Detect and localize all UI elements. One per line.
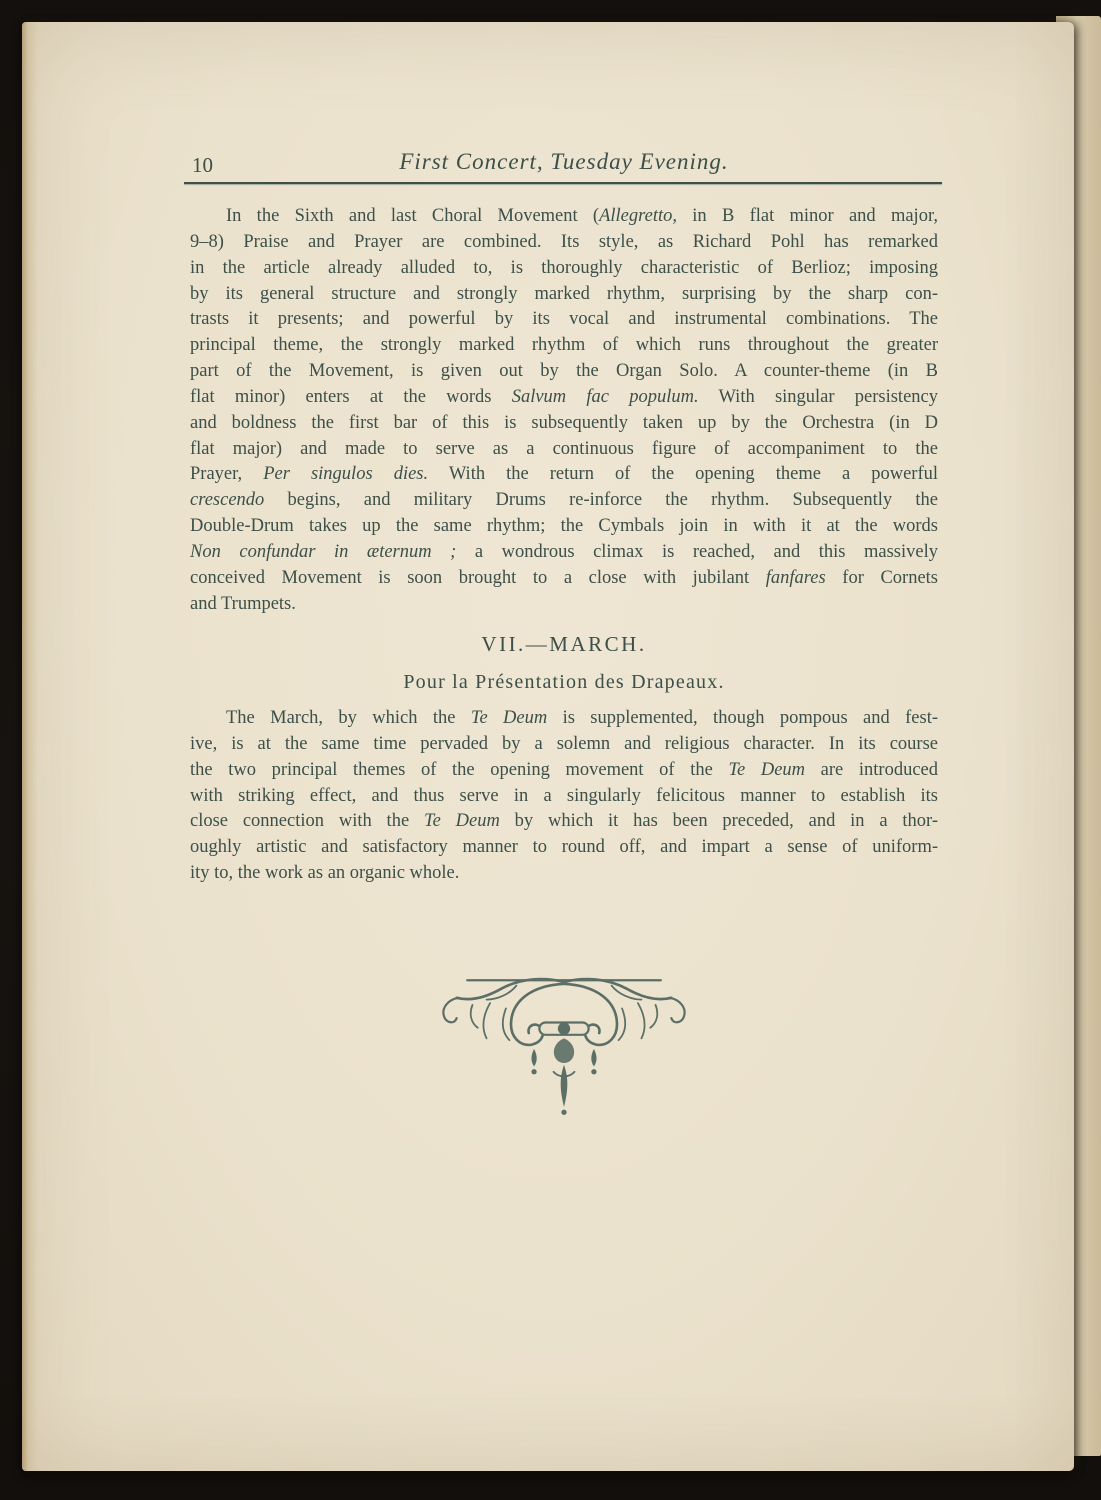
text-line: Prayer, Per singulos dies. With the retu… <box>190 462 938 488</box>
section-subheading: Pour la Présentation des Drapeaux. <box>190 671 938 694</box>
section-heading: VII.—MARCH. <box>190 632 938 657</box>
paragraph-march: The March, by which the Te Deum is suppl… <box>190 706 938 887</box>
text-line: and Trumpets. <box>190 592 938 618</box>
text-line: flat minor) enters at the words Salvum f… <box>190 385 938 411</box>
text-line: flat major) and made to serve as a conti… <box>190 437 938 463</box>
text-line: ity to, the work as an organic whole. <box>190 861 938 887</box>
program-page: 10 First Concert, Tuesday Evening. In th… <box>22 22 1074 1471</box>
tailpiece-ornament-drawing <box>432 972 696 1124</box>
text-line: by its general structure and strongly ma… <box>190 282 938 308</box>
text-line: and boldness the first bar of this is su… <box>190 411 938 437</box>
running-head-row: 10 First Concert, Tuesday Evening. <box>190 149 938 181</box>
text-line: trasts it presents; and powerful by its … <box>190 307 938 333</box>
text-line: close connection with the Te Deum by whi… <box>190 809 938 835</box>
text-line: principal theme, the strongly marked rhy… <box>190 333 938 359</box>
tailpiece-ornament <box>432 972 696 1124</box>
text-line: 9–8) Praise and Prayer are combined. Its… <box>190 230 938 256</box>
text-line: crescendo begins, and military Drums re-… <box>190 488 938 514</box>
text-line: The March, by which the Te Deum is suppl… <box>190 706 938 732</box>
text-line: in the article already alluded to, is th… <box>190 256 938 282</box>
text-line: Double-Drum takes up the same rhythm; th… <box>190 514 938 540</box>
text-line: the two principal themes of the opening … <box>190 758 938 784</box>
text-line: part of the Movement, is given out by th… <box>190 359 938 385</box>
running-header: First Concert, Tuesday Evening. <box>190 149 938 175</box>
text-line: In the Sixth and last Choral Movement (A… <box>190 204 938 230</box>
text-line: conceived Movement is soon brought to a … <box>190 566 938 592</box>
page-number: 10 <box>192 153 213 178</box>
header-rule <box>184 182 942 184</box>
text-line: with striking effect, and thus serve in … <box>190 784 938 810</box>
text-line: oughly artistic and satisfactory manner … <box>190 835 938 861</box>
text-line: Non confundar in æternum ; a wondrous cl… <box>190 540 938 566</box>
text-line: ive, is at the same time pervaded by a s… <box>190 732 938 758</box>
deckle-page-edge <box>22 22 38 1471</box>
scanned-program-photo: 10 First Concert, Tuesday Evening. In th… <box>0 0 1101 1500</box>
paragraph-choral-movement: In the Sixth and last Choral Movement (A… <box>190 204 938 618</box>
